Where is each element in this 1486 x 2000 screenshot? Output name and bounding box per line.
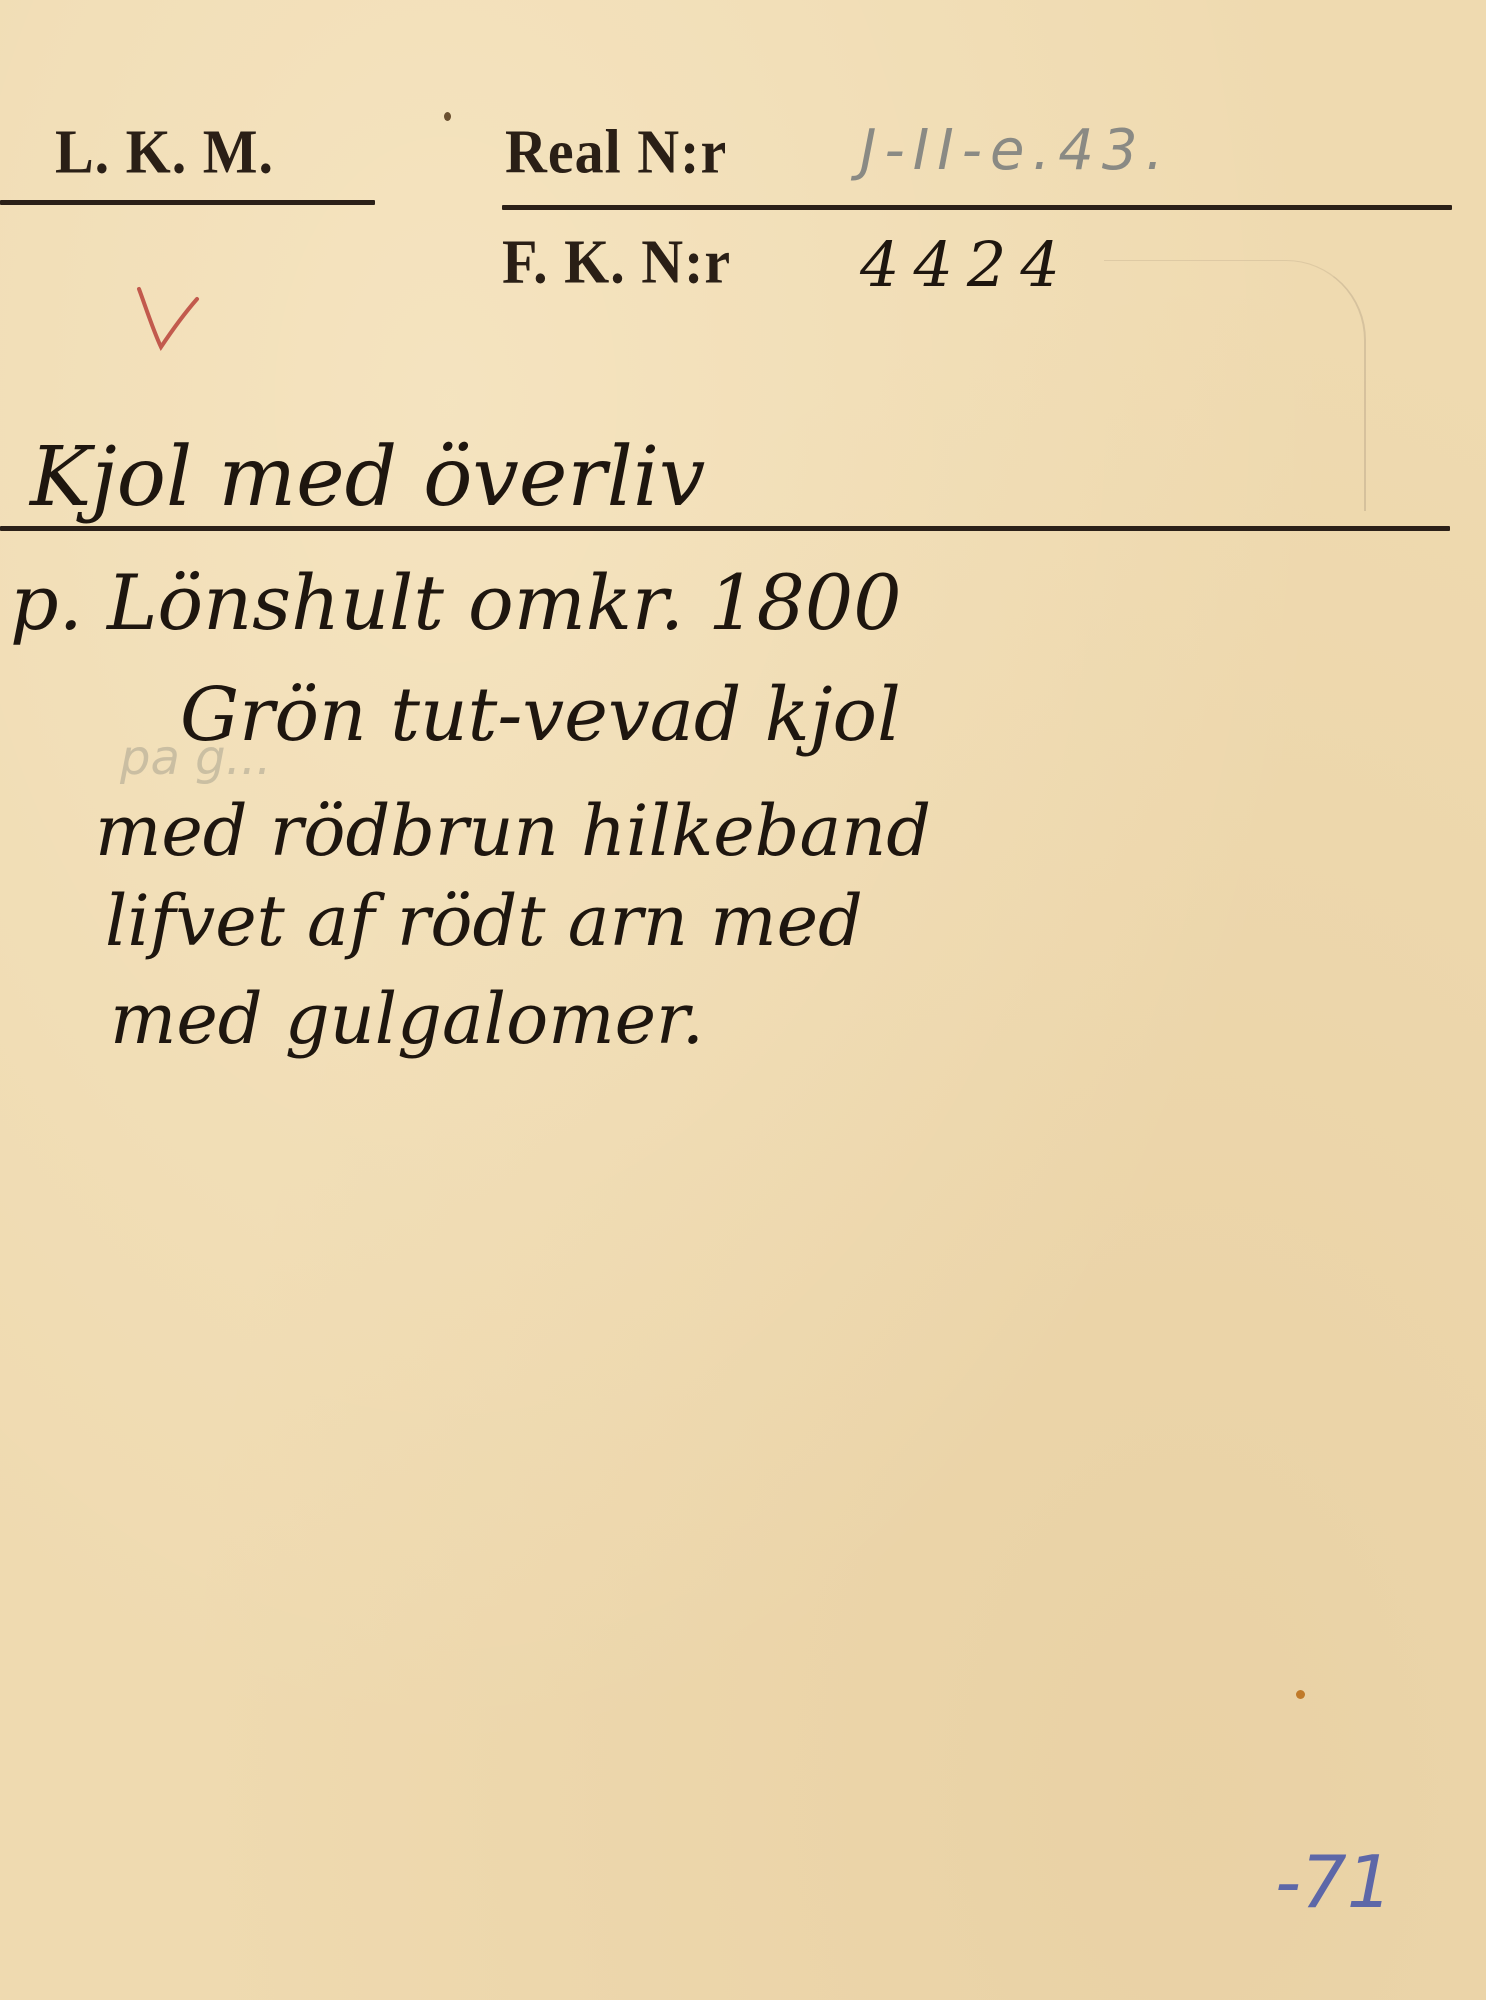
- corner-mark: -71: [1275, 1840, 1393, 1924]
- ink-speck: [444, 112, 451, 121]
- paper-crease: [1104, 260, 1366, 511]
- description-line-1: Grön tut-vevad kjol: [180, 672, 901, 758]
- paper-speck: [1296, 1690, 1305, 1699]
- title-rule: [0, 526, 1450, 531]
- header-rule-right: [502, 205, 1452, 210]
- description-line-4: med gulgalomer.: [110, 978, 704, 1060]
- provenance-line: p. Lönshult omkr. 1800: [10, 558, 902, 647]
- real-nr-label: Real N:r: [505, 115, 727, 187]
- catalog-card: L. K. M. Real N:r J-II-e.43. F. K. N:r 4…: [0, 0, 1486, 2000]
- red-check-icon: [135, 285, 205, 355]
- header-rule-left: [0, 200, 375, 205]
- description-line-3: lifvet af rödt arn med: [105, 880, 863, 962]
- fk-nr-value: 4424: [860, 228, 1074, 301]
- museum-abbrev: L. K. M.: [55, 115, 274, 187]
- fk-nr-label: F. K. N:r: [502, 225, 731, 297]
- object-title: Kjol med överliv: [30, 430, 705, 525]
- description-line-2: med rödbrun hilkeband: [95, 790, 931, 872]
- real-nr-value: J-II-e.43.: [860, 118, 1171, 183]
